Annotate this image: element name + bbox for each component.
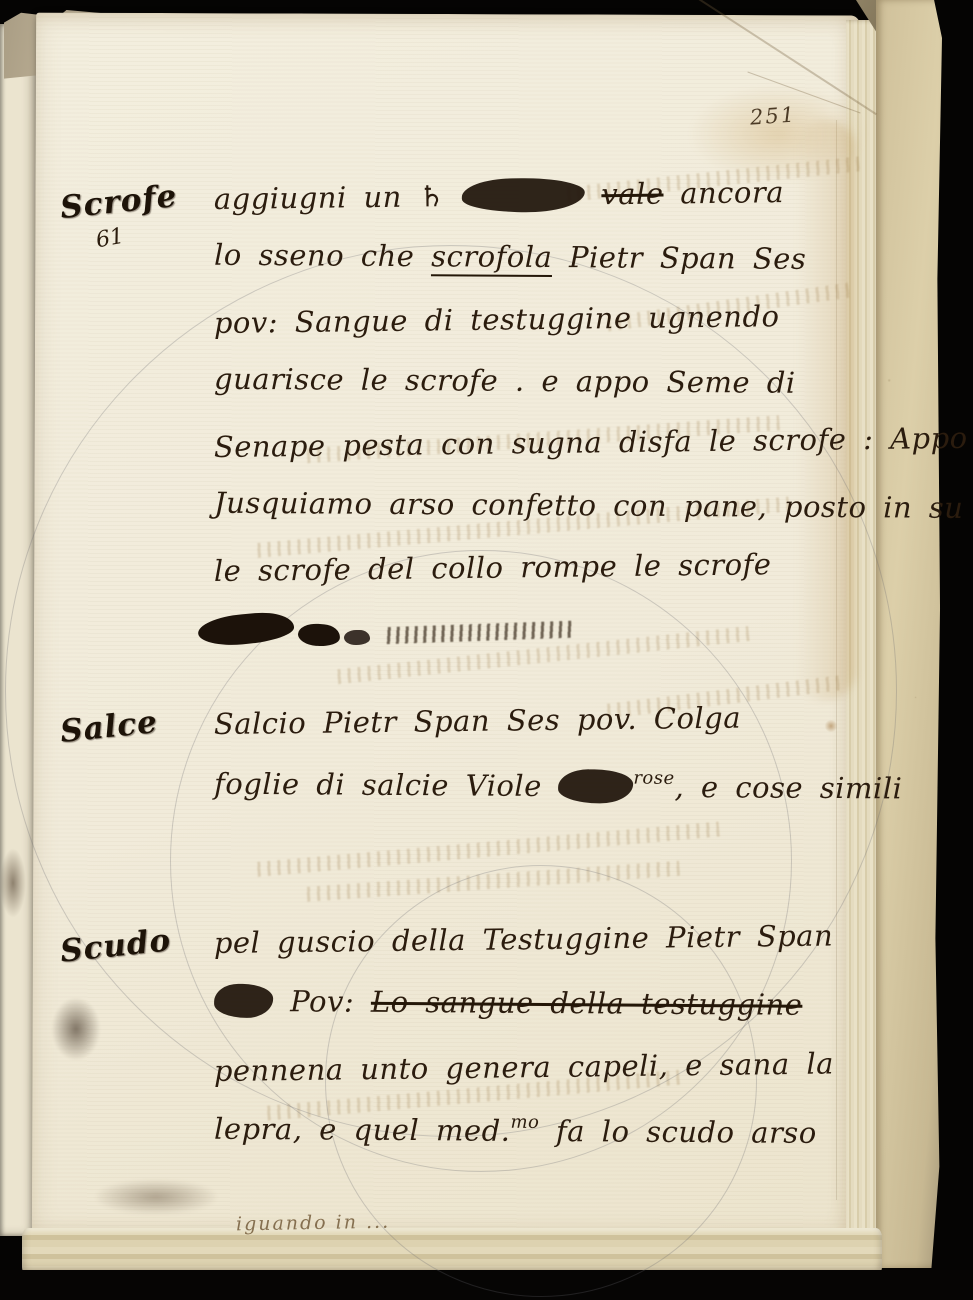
- line-segment: [584, 177, 601, 211]
- line-segment: Jusquiamo arso confetto con pane, posto …: [214, 486, 964, 525]
- margin-label: Salce: [58, 704, 159, 750]
- manuscript-line: Senape pesta con sugna disfa le scrofe :…: [214, 422, 875, 492]
- manuscript-line: Jusquiamo arso confetto con pane, posto …: [214, 486, 874, 553]
- line-segment: guarisce le scrofe . e appo Seme di: [214, 362, 796, 400]
- manuscript-line: guarisce le scrofe . e appo Seme di: [214, 362, 874, 429]
- manuscript-line: le scrofe del collo rompe le scrofe: [214, 546, 875, 616]
- line-segment: scrofola: [431, 239, 552, 277]
- line-segment: foglie di salcie Viole: [214, 767, 559, 803]
- book-photo: 251 Scrofe61aggiugni un ♄ che ule vale a…: [0, 0, 973, 1300]
- margin-label: Scrofe: [58, 178, 178, 226]
- line-segment: lepra, e quel med.: [214, 1112, 511, 1148]
- line-segment: Senape pesta con sugna disfa le scrofe :…: [214, 421, 968, 464]
- manuscript-line: aggiugni un ♄ che ule vale ancora: [214, 174, 875, 244]
- manuscript-line: foglie di salcie Viole erberose, e cose …: [214, 767, 874, 838]
- line-segment: aggiugni un ♄: [214, 179, 462, 216]
- line-segment: Lo sangue della testuggine: [371, 985, 803, 1022]
- manuscript-line: pel guscio della Testuggine Pietr Span: [214, 918, 875, 990]
- margin-label: Scudo: [58, 922, 172, 969]
- line-segment: vale: [601, 177, 664, 212]
- line-segment: ancora: [663, 175, 784, 210]
- line-segment: pov: Sangue di testuggine ugnendo: [214, 299, 780, 340]
- line-segment: pel guscio della Testuggine Pietr Span: [214, 918, 834, 960]
- line-segment: , e cose simili: [674, 770, 902, 806]
- manuscript-line: pennena unto genera capeli, e sana la: [214, 1046, 875, 1118]
- line-segment: lo sseno che: [214, 238, 431, 274]
- line-segment: rose: [633, 767, 674, 788]
- line-segment: Salcio Pietr Span Ses pov. Colga: [214, 701, 742, 741]
- manuscript-line: pov: Sangue di testuggine ugnendo: [214, 298, 875, 368]
- line-segment: pennena unto genera capeli, e sana la: [214, 1046, 834, 1088]
- line-segment: Pietr Span Ses: [552, 240, 806, 276]
- line-segment: mo: [510, 1111, 539, 1132]
- bottom-edge-text: iguando in ...: [236, 1211, 391, 1236]
- manuscript-sections: Scrofe61aggiugni un ♄ che ule vale ancor…: [0, 0, 973, 1300]
- manuscript-line: lo sseno che scrofola Pietr Span Ses: [214, 238, 874, 305]
- line-segment: Pov:: [273, 984, 371, 1019]
- line-segment: erbe: [558, 769, 633, 804]
- line-segment: che ule: [462, 178, 585, 213]
- manuscript-line: Ses Pov: Lo sangue della testuggine: [214, 984, 874, 1053]
- line-segment: Ses: [214, 984, 274, 1018]
- ink-blot: [344, 630, 370, 645]
- manuscript-line: Salcio Pietr Span Ses pov. Colga: [214, 699, 875, 773]
- margin-sublabel: 61: [94, 224, 126, 253]
- line-segment: le scrofe del collo rompe le scrofe: [214, 547, 772, 588]
- line-segment: fa lo scudo arso: [539, 1114, 817, 1150]
- manuscript-line: lepra, e quel med.mo fa lo scudo arso: [214, 1112, 874, 1181]
